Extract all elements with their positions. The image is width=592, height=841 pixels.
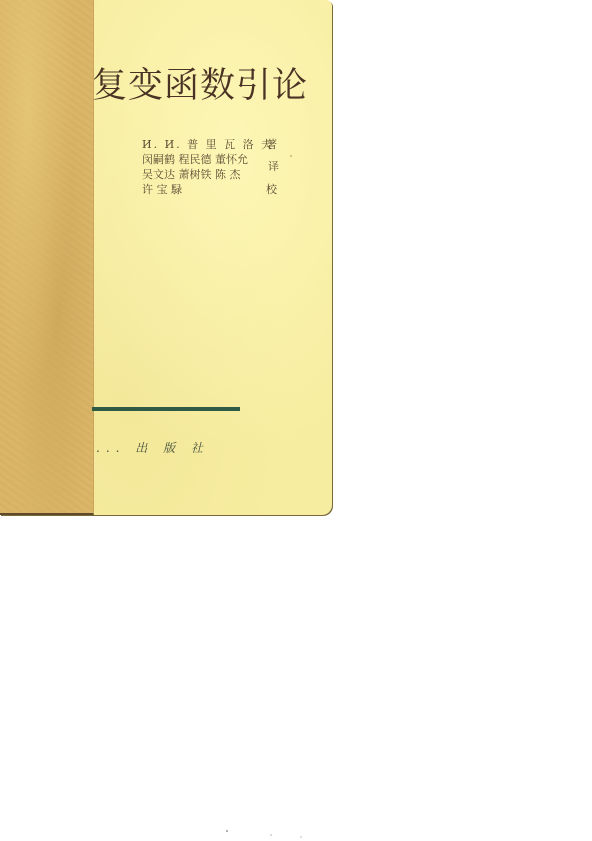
scan-speck: [226, 830, 228, 832]
author-role: 著: [266, 137, 277, 152]
book-title: 复变函数引论: [92, 58, 308, 108]
decorative-rule: [92, 407, 240, 411]
scan-speck: [300, 836, 302, 838]
credits-block: И. И. 普 里 瓦 洛 夫 著 闵嗣鹤 程民德 董怀允 吴文达 萧树铁 陈 …: [142, 137, 274, 197]
scan-speck: [270, 834, 272, 836]
credit-proofreader-row: 许 宝 騄: [142, 182, 274, 197]
translator-names-2: 吴文达 萧树铁 陈 杰: [142, 167, 241, 182]
credit-author-row: И. И. 普 里 瓦 洛 夫 著: [142, 137, 274, 152]
author-name: И. И. 普 里 瓦 洛 夫: [142, 137, 274, 152]
publisher-name: ... 出 版 社: [96, 439, 209, 456]
translators-role: 译: [268, 159, 279, 174]
translator-names-1: 闵嗣鹤 程民德 董怀允: [142, 152, 248, 167]
proofreader-role: 校: [266, 182, 277, 197]
book-cover: 复变函数引论 И. И. 普 里 瓦 洛 夫 著 闵嗣鹤 程民德 董怀允 吴文达…: [0, 0, 332, 515]
proofreader-name: 许 宝 騄: [142, 182, 182, 197]
credit-translators-row-2: 吴文达 萧树铁 陈 杰: [142, 167, 274, 182]
scan-speck: [290, 155, 292, 157]
cover-spine-band: [0, 0, 94, 515]
credit-translators-row-1: 闵嗣鹤 程民德 董怀允: [142, 152, 274, 167]
